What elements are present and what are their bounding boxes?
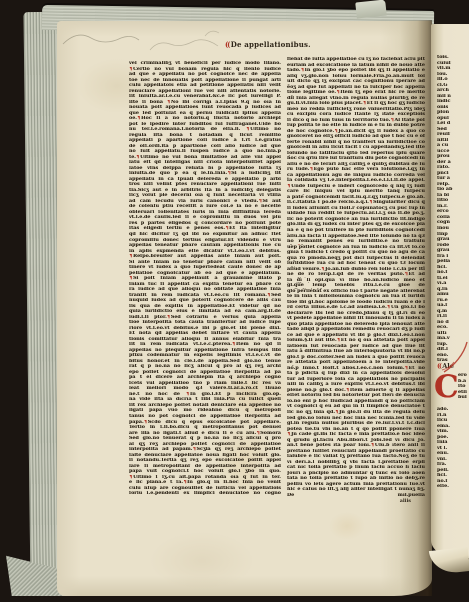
rubric-pilcrow-icon: ¶ [404, 272, 408, 277]
rubric-pilcrow-icon: ¶ [363, 101, 367, 106]
rubric-pilcrow-icon: ¶ [137, 116, 141, 121]
rubric-pilcrow-icon: ¶ [287, 432, 291, 437]
rubric-pilcrow-icon: ¶ [227, 171, 231, 176]
running-header: ((De appellationibus. [225, 40, 311, 51]
rubric-pilcrow-icon: ¶ [129, 475, 133, 480]
rubric-pilcrow-icon: ¶ [129, 276, 133, 281]
rubric-pilcrow-icon: ¶ [301, 68, 305, 73]
rubric-pilcrow-icon: ¶ [144, 420, 148, 425]
text-column-left: vel criminalibʒ vt beneficii per iudicē … [129, 61, 281, 497]
rubric-pilcrow-icon: ¶ [287, 184, 291, 189]
page-corner-tab [355, 0, 387, 19]
rubric-pilcrow-icon: ¶ [337, 338, 341, 343]
running-header-title: De appellationibus. [231, 40, 311, 49]
rubric-pilcrow-icon: ¶ [336, 90, 340, 95]
text-line: ſoriū i.e.pendenti ex ſimplici denūciatō… [129, 491, 281, 497]
rubric-pilcrow-icon: ¶ [390, 118, 394, 123]
rubric-pilcrow-icon: ¶ [129, 67, 133, 72]
rubric-pilcrow-icon: ¶ [371, 443, 375, 448]
rubric-pilcrow-icon: ¶ [369, 200, 373, 205]
rubric-pilcrow-icon: ¶ [346, 388, 350, 393]
text-line: eſſe. [437, 484, 468, 490]
book-photograph: { "colors":{"background":"#1b1511","pape… [0, 0, 469, 602]
rubric-pilcrow-icon: ¶ [167, 100, 171, 105]
rubric-pilcrow-icon: ¶ [186, 392, 190, 397]
rubric-pilcrow-icon: ¶ [183, 480, 187, 485]
header-pilcrow-icon: (( [225, 40, 229, 49]
rubric-pilcrow-icon: ¶ [335, 410, 339, 415]
rubric-pilcrow-icon: ¶ [136, 155, 140, 160]
rubric-pilcrow-icon: ¶ [232, 342, 236, 347]
sliver-text-top: tōis.cuiuſvſi.mſoū.liſ.oci.Garchmil nind… [437, 55, 468, 364]
rubric-pilcrow-icon: ¶ [405, 366, 409, 371]
catchword: aliis [287, 498, 425, 504]
rubric-pilcrow-icon: ¶ [310, 167, 314, 172]
handwritten-inscription [55, 12, 255, 60]
rubric-pilcrow-icon: ¶ [387, 305, 391, 310]
rubric-pilcrow-icon: ¶ [321, 267, 325, 272]
rubric-pilcrow-icon: ¶ [256, 431, 260, 436]
rubric-pilcrow-icon: ¶ [258, 199, 262, 204]
decorated-initial: C [434, 370, 458, 406]
rubric-pilcrow-icon: ¶ [246, 127, 250, 132]
sliver-text-beside-initial: erob.aſtōetlibul [458, 373, 469, 401]
rubric-pilcrow-icon: ¶ [225, 226, 229, 231]
text-column-right: fiebat de iuſta appellatiōe cū ſʒ nō fac… [287, 57, 425, 504]
rubric-pilcrow-icon: ¶ [129, 254, 133, 259]
sliver-text-bottom: adō.ri.nſicūemā.vim.pōe.ſniāvt l.enū.vni… [437, 407, 468, 490]
rubric-pilcrow-icon: ¶ [192, 447, 196, 452]
rubric-pilcrow-icon: ¶ [334, 129, 338, 134]
rubric-pilcrow-icon: ¶ [267, 293, 271, 298]
rubric-pilcrow-icon: ¶ [167, 315, 171, 320]
right-page-curl-highlight [429, 547, 469, 575]
text-line: bul [458, 395, 469, 401]
